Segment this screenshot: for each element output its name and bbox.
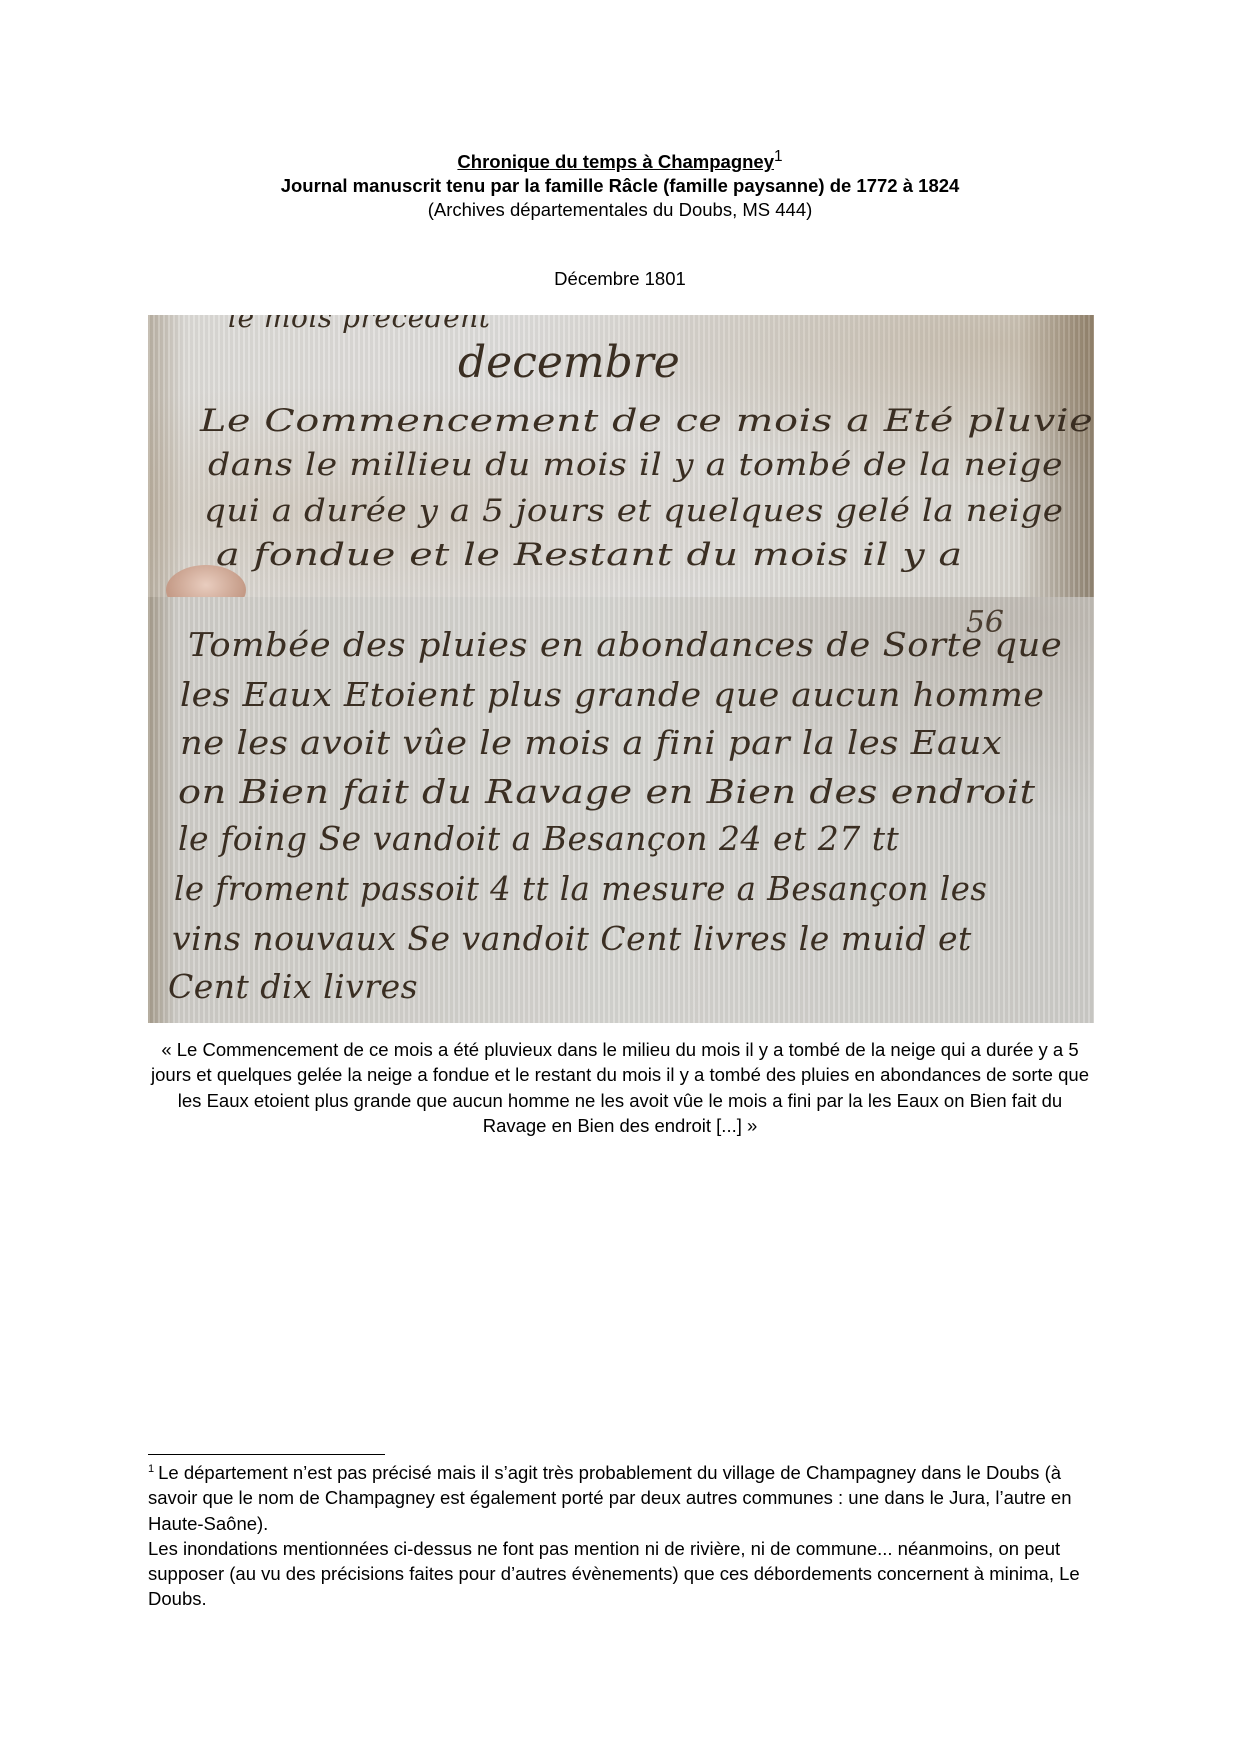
manuscript-line: Cent dix livres <box>168 967 418 1006</box>
manuscript-photo-bottom-strip: 56 Tombée des pluies en abondances de So… <box>148 597 1094 1023</box>
manuscript-line: le froment passoit 4 tt la mesure a Besa… <box>174 869 987 908</box>
footnote-separator <box>148 1454 385 1455</box>
manuscript-line: Le Commencement de ce mois a Eté pluvieu… <box>200 403 1094 439</box>
document-title: Chronique du temps à Champagney <box>457 151 774 172</box>
manuscript-line: ne les avoit vûe le mois a fini par la l… <box>180 723 1002 762</box>
manuscript-heading: decembre <box>458 337 680 388</box>
document-title-line: Chronique du temps à Champagney1 <box>0 145 1240 174</box>
manuscript-line: le mois precedent <box>228 315 490 334</box>
footnote-reference[interactable]: 1 <box>774 148 783 165</box>
manuscript-line: a fondue et le Restant du mois il y a <box>216 537 963 573</box>
manuscript-line: qui a durée y a 5 jours et quelques gelé… <box>204 493 1063 529</box>
footnotes: 1Le département n’est pas précisé mais i… <box>148 1460 1098 1612</box>
footnote-text: Le département n’est pas précisé mais il… <box>148 1462 1071 1534</box>
manuscript-photo: le mois precedent decembre Le Commenceme… <box>148 315 1094 1023</box>
document-subtitle: Journal manuscrit tenu par la famille Râ… <box>0 174 1240 198</box>
document-header: Chronique du temps à Champagney1 Journal… <box>0 145 1240 222</box>
manuscript-line: Tombée des pluies en abondances de Sorte… <box>188 625 1062 664</box>
manuscript-transcription: « Le Commencement de ce mois a été pluvi… <box>150 1037 1090 1138</box>
archive-source: (Archives départementales du Doubs, MS 4… <box>0 198 1240 222</box>
footnote-marker: 1 <box>148 1463 154 1475</box>
footnote-1: 1Le département n’est pas précisé mais i… <box>148 1460 1098 1536</box>
manuscript-line: on Bien fait du Ravage en Bien des endro… <box>178 772 1036 811</box>
manuscript-line: dans le millieu du mois il y a tombé de … <box>208 447 1063 483</box>
manuscript-line: le foing Se vandoit a Besançon 24 et 27 … <box>178 819 899 858</box>
manuscript-photo-top-strip: le mois precedent decembre Le Commenceme… <box>148 315 1094 597</box>
section-date: Décembre 1801 <box>0 268 1240 290</box>
manuscript-line: vins nouvaux Se vandoit Cent livres le m… <box>172 919 972 958</box>
manuscript-line: les Eaux Etoient plus grande que aucun h… <box>180 675 1044 714</box>
footnote-1-continuation: Les inondations mentionnées ci-dessus ne… <box>148 1536 1098 1612</box>
